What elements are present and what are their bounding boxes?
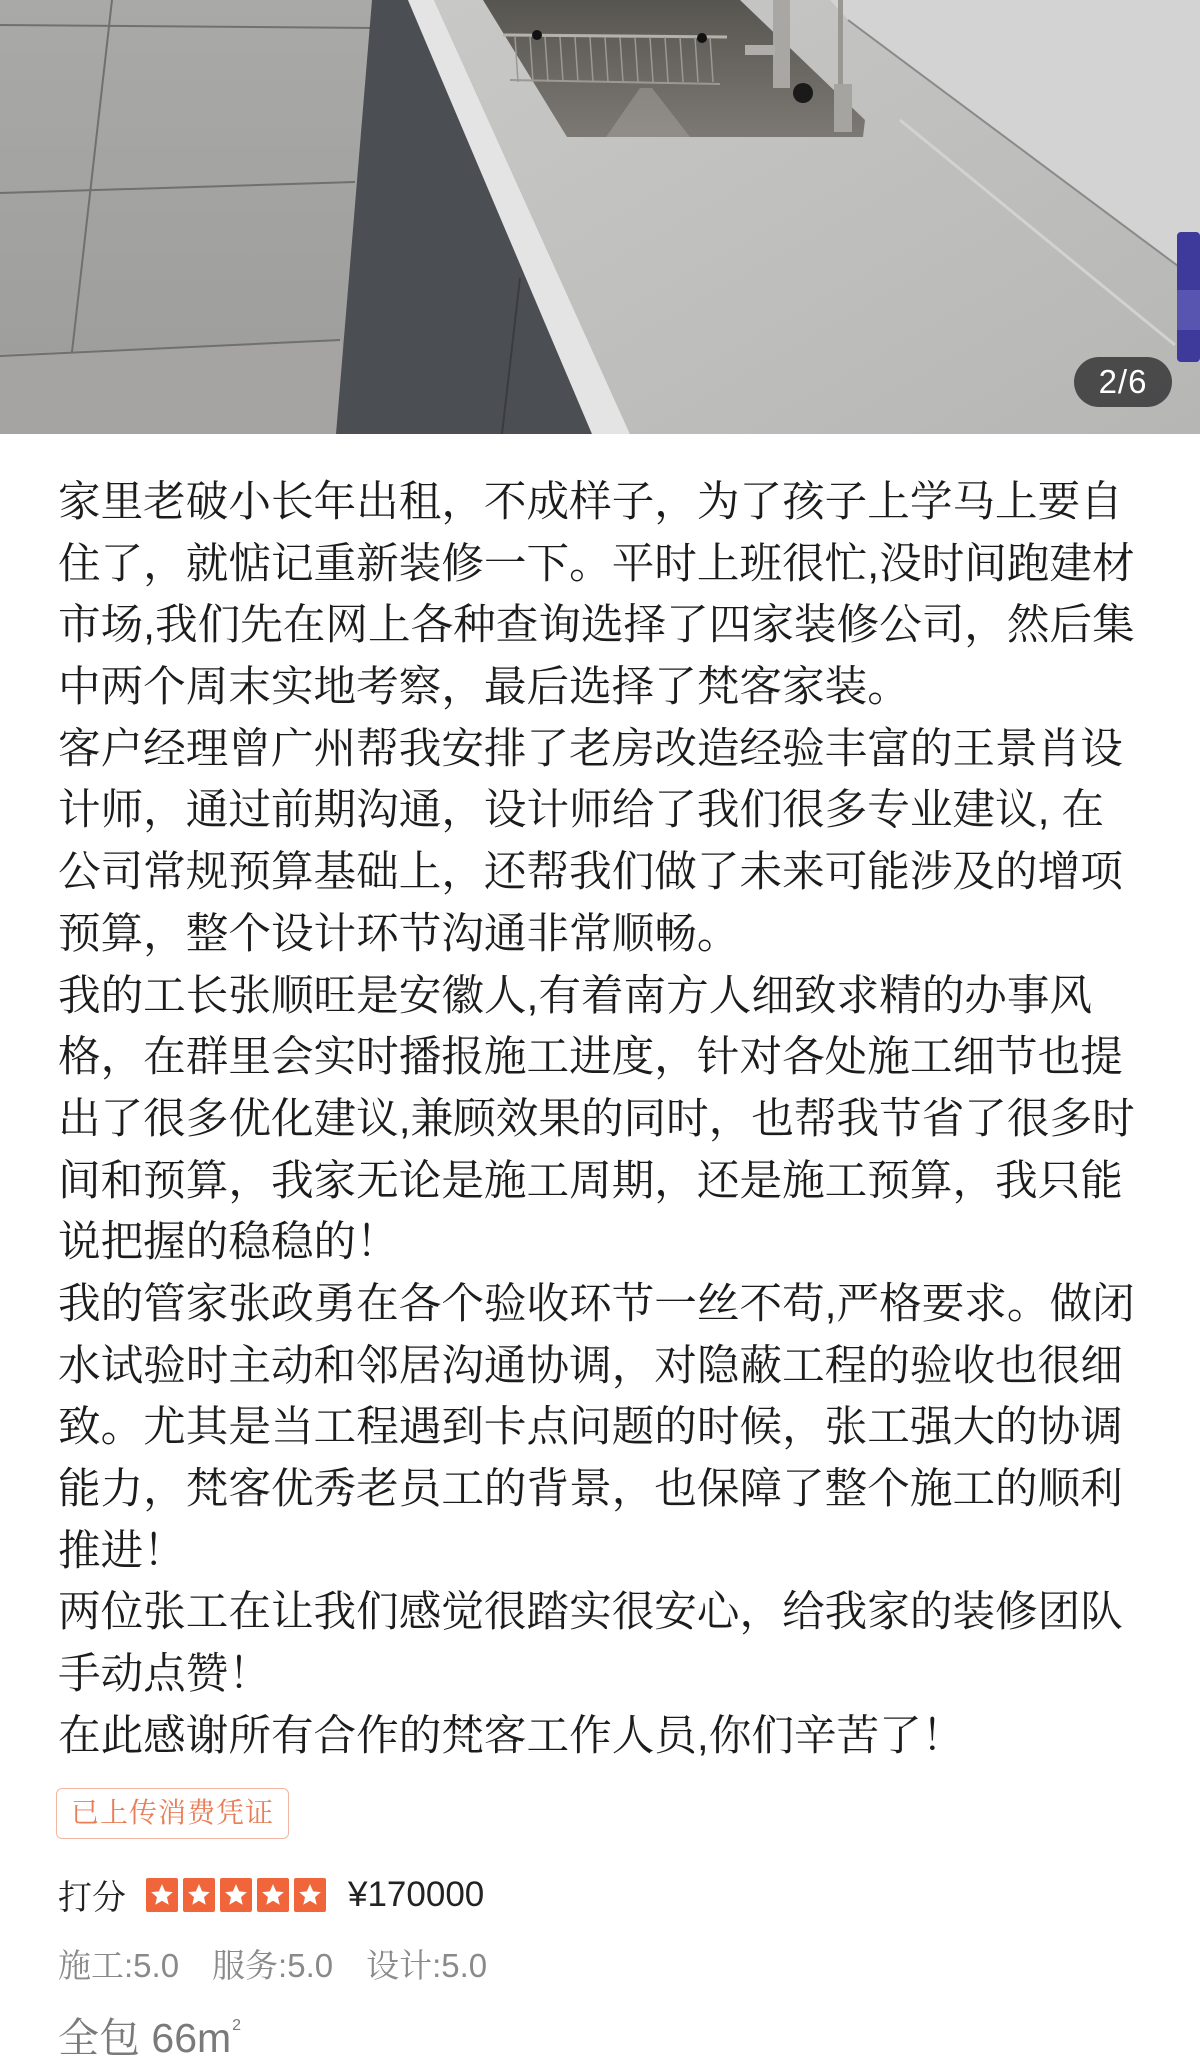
sub-score-value: 5.0 <box>287 1947 333 1984</box>
review-paragraph: 两位张工在让我们感觉很踏实很安心，给我家的装修团队 手动点赞！ <box>58 1582 1158 1705</box>
photo-counter-badge: 2/6 <box>1074 357 1172 407</box>
area-unit: m <box>197 2015 231 2056</box>
review-line: 能力，梵客优秀老员工的背景，也保障了整个施工的顺利 <box>58 1459 1158 1521</box>
package-area: 66m2 <box>151 2015 241 2056</box>
review-paragraph: 客户经理曾广州帮我安排了老房改造经验丰富的王景肖设 计师，通过前期沟通，设计师给… <box>58 719 1158 966</box>
review-line: 格，在群里会实时播报施工进度，针对各处施工细节也提 <box>58 1027 1158 1089</box>
sub-score-separator: : <box>278 1947 287 1984</box>
review-line: 预算，整个设计环节沟通非常顺畅。 <box>58 904 1158 966</box>
review-line: 间和预算，我家无论是施工周期，还是施工预算，我只能 <box>58 1151 1158 1213</box>
review-line: 公司常规预算基础上，还帮我们做了未来可能涉及的增项 <box>58 842 1158 904</box>
review-line: 两位张工在让我们感觉很踏实很安心，给我家的装修团队 <box>58 1582 1158 1644</box>
review-line: 水试验时主动和邻居沟通协调，对隐蔽工程的验收也很细 <box>58 1336 1158 1398</box>
star-icon <box>294 1878 326 1912</box>
area-value: 66 <box>151 2015 197 2056</box>
package-type: 全包 <box>58 2015 140 2056</box>
review-line: 市场,我们先在网上各种查询选择了四家装修公司，然后集 <box>58 595 1158 657</box>
star-icon <box>257 1878 289 1912</box>
sub-score-design: 设计:5.0 <box>366 1940 487 1987</box>
review-line: 客户经理曾广州帮我安排了老房改造经验丰富的王景肖设 <box>58 719 1158 781</box>
review-line: 在此感谢所有合作的梵客工作人员,你们辛苦了！ <box>58 1706 1158 1768</box>
review-line: 出了很多优化建议,兼顾效果的同时，也帮我节省了很多时 <box>58 1089 1158 1151</box>
price: ¥170000 <box>348 1875 484 1915</box>
rating-row: 打分 ¥170000 <box>58 1874 484 1915</box>
review-line: 计师，通过前期沟通，设计师给了我们很多专业建议, 在 <box>58 780 1158 842</box>
review-body: 家里老破小长年出租，不成样子，为了孩子上学马上要自 住了，就惦记重新装修一下。平… <box>58 472 1158 1767</box>
review-line: 手动点赞！ <box>58 1644 1158 1706</box>
sub-scores: 施工:5.0 服务:5.0 设计:5.0 <box>58 1941 520 1985</box>
sub-score-separator: : <box>432 1947 441 1984</box>
review-line: 中两个周末实地考察，最后选择了梵客家装。 <box>58 657 1158 719</box>
review-line: 住了，就惦记重新装修一下。平时上班很忙,没时间跑建材 <box>58 534 1158 596</box>
star-icon <box>146 1878 178 1912</box>
review-paragraph: 在此感谢所有合作的梵客工作人员,你们辛苦了！ <box>58 1706 1158 1768</box>
review-line: 说把握的稳稳的！ <box>58 1212 1158 1274</box>
review-line: 我的工长张顺旺是安徽人,有着南方人细致求精的办事风 <box>58 966 1158 1028</box>
kitchen-countertop-photo <box>0 0 1200 434</box>
sub-score-label: 设计 <box>366 1947 432 1984</box>
review-paragraph: 家里老破小长年出租，不成样子，为了孩子上学马上要自 住了，就惦记重新装修一下。平… <box>58 472 1158 719</box>
area-unit-superscript: 2 <box>232 2017 241 2034</box>
star-icon <box>183 1878 215 1912</box>
voucher-uploaded-badge: 已上传消费凭证 <box>56 1788 289 1839</box>
star-rating <box>146 1878 326 1912</box>
review-photo-carousel[interactable]: 2/6 <box>0 0 1200 434</box>
review-line: 家里老破小长年出租，不成样子，为了孩子上学马上要自 <box>58 472 1158 534</box>
review-paragraph: 我的管家张政勇在各个验收环节一丝不苟,严格要求。做闭 水试验时主动和邻居沟通协调… <box>58 1274 1158 1582</box>
sub-score-label: 服务 <box>212 1947 278 1984</box>
star-icon <box>220 1878 252 1912</box>
sub-score-service: 服务:5.0 <box>212 1940 333 1987</box>
review-line: 推进！ <box>58 1521 1158 1583</box>
sub-score-value: 5.0 <box>133 1947 179 1984</box>
sub-score-value: 5.0 <box>441 1947 487 1984</box>
review-paragraph: 我的工长张顺旺是安徽人,有着南方人细致求精的办事风 格，在群里会实时播报施工进度… <box>58 966 1158 1274</box>
sub-score-label: 施工 <box>58 1947 124 1984</box>
rating-label: 打分 <box>58 1870 126 1919</box>
review-line: 我的管家张政勇在各个验收环节一丝不苟,严格要求。做闭 <box>58 1274 1158 1336</box>
sub-score-separator: : <box>124 1947 133 1984</box>
sub-score-construction: 施工:5.0 <box>58 1940 179 1987</box>
package-info: 全包 66m2 <box>58 2001 241 2051</box>
review-line: 致。尤其是当工程遇到卡点问题的时候，张工强大的协调 <box>58 1397 1158 1459</box>
